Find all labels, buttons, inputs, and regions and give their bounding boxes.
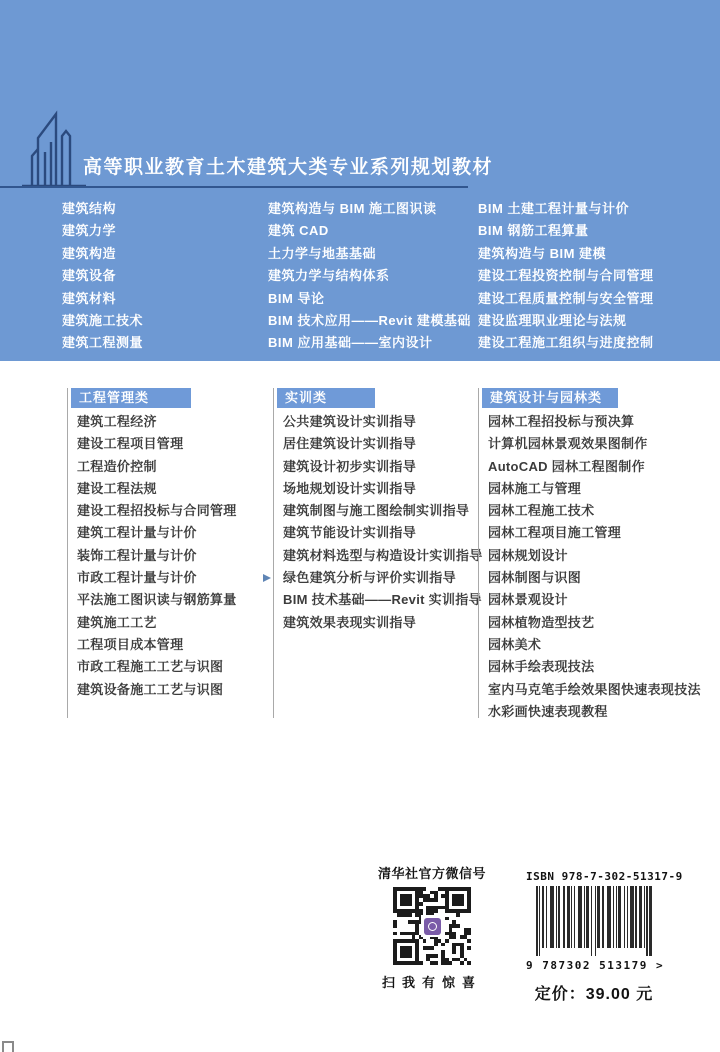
catalog-column-practical-training: 实训类 公共建筑设计实训指导居住建筑设计实训指导建筑设计初步实训指导场地规划设计… bbox=[273, 388, 472, 718]
catalog-book-title: 建设工程招投标与合同管理 bbox=[68, 500, 266, 522]
hero-book-title: 建筑施工技术 bbox=[62, 310, 254, 332]
catalog-book-title: 园林工程招投标与预决算 bbox=[479, 411, 717, 433]
book-back-cover: 高等职业教育土木建筑大类专业系列规划教材 建筑结构建筑力学建筑构造建筑设备建筑材… bbox=[0, 0, 720, 1052]
catalog-book-title: 园林景观设计 bbox=[479, 589, 717, 611]
catalog-book-title: BIM 技术基础——Revit 实训指导 bbox=[274, 589, 472, 611]
wechat-qr-code bbox=[393, 887, 471, 965]
catalog-label-practical-training: 实训类 bbox=[277, 388, 375, 408]
catalog-book-title: 园林手绘表现技法 bbox=[479, 656, 717, 678]
hero-book-title: 建筑构造与 BIM 建模 bbox=[478, 243, 716, 265]
catalog-book-title: 园林规划设计 bbox=[479, 545, 717, 567]
catalog-book-title: 建设工程项目管理 bbox=[68, 433, 266, 455]
catalog-column-engineering-management: 工程管理类 建筑工程经济建设工程项目管理工程造价控制建设工程法规建设工程招投标与… bbox=[67, 388, 266, 718]
hero-book-title: 建筑结构 bbox=[62, 198, 254, 220]
isbn-number: ISBN 978-7-302-51317-9 bbox=[526, 870, 662, 883]
current-book-marker-icon bbox=[263, 574, 271, 582]
catalog-book-title: 园林施工与管理 bbox=[479, 478, 717, 500]
catalog-book-title: 园林制图与识图 bbox=[479, 567, 717, 589]
series-title-underline bbox=[0, 186, 468, 188]
catalog-book-title: 建筑设备施工工艺与识图 bbox=[68, 679, 266, 701]
hero-book-title: 土力学与地基基础 bbox=[268, 243, 474, 265]
catalog-book-title: 园林工程项目施工管理 bbox=[479, 522, 717, 544]
isbn-barcode-block: ISBN 978-7-302-51317-9 9 787302 513179 >… bbox=[526, 870, 662, 1004]
catalog-book-title: 计算机园林景观效果图制作 bbox=[479, 433, 717, 455]
catalog-label-architecture-landscape: 建筑设计与园林类 bbox=[482, 388, 618, 408]
catalog-book-title: 建筑节能设计实训指导 bbox=[274, 522, 472, 544]
catalog-book-title: 装饰工程计量与计价 bbox=[68, 545, 266, 567]
wechat-qr-block: 清华社官方微信号 扫我有惊喜 bbox=[376, 863, 488, 991]
catalog-column-architecture-landscape: 建筑设计与园林类 园林工程招投标与预决算计算机园林景观效果图制作AutoCAD … bbox=[478, 388, 717, 718]
wechat-account-title: 清华社官方微信号 bbox=[376, 863, 488, 882]
hero-book-title: 建设工程投资控制与合同管理 bbox=[478, 265, 716, 287]
catalog-book-title: 室内马克笔手绘效果图快速表现技法 bbox=[479, 679, 717, 701]
catalog-book-title: 工程项目成本管理 bbox=[68, 634, 266, 656]
hero-book-title: 建筑力学 bbox=[62, 220, 254, 242]
hero-book-title: 建筑构造与 BIM 施工图识读 bbox=[268, 198, 474, 220]
hero-book-title: 建设监理职业理论与法规 bbox=[478, 310, 716, 332]
catalog-book-title: 水彩画快速表现教程 bbox=[479, 701, 717, 723]
catalog-book-title: 建筑施工工艺 bbox=[68, 612, 266, 634]
catalog-book-title: 公共建筑设计实训指导 bbox=[274, 411, 472, 433]
hero-book-title: BIM 土建工程计量与计价 bbox=[478, 198, 716, 220]
series-title: 高等职业教育土木建筑大类专业系列规划教材 bbox=[83, 152, 483, 179]
hero-book-title: 建筑构造 bbox=[62, 243, 254, 265]
hero-book-title: 建筑 CAD bbox=[268, 220, 474, 242]
wechat-qr-caption: 扫我有惊喜 bbox=[376, 972, 488, 991]
building-logo-icon bbox=[22, 108, 86, 188]
price-label: 定价：39.00 元 bbox=[526, 981, 662, 1004]
page-corner-mark bbox=[2, 1041, 14, 1052]
catalog-book-title: 居住建筑设计实训指导 bbox=[274, 433, 472, 455]
catalog-book-title: 园林工程施工技术 bbox=[479, 500, 717, 522]
catalog-list: 公共建筑设计实训指导居住建筑设计实训指导建筑设计初步实训指导场地规划设计实训指导… bbox=[274, 411, 472, 634]
hero-book-title: 建筑工程测量 bbox=[62, 332, 254, 354]
hero-book-title: 建筑力学与结构体系 bbox=[268, 265, 474, 287]
catalog-book-title: 园林美术 bbox=[479, 634, 717, 656]
catalog-book-title: 场地规划设计实训指导 bbox=[274, 478, 472, 500]
hero-book-title: 建筑材料 bbox=[62, 288, 254, 310]
catalog-list: 建筑工程经济建设工程项目管理工程造价控制建设工程法规建设工程招投标与合同管理建筑… bbox=[68, 411, 266, 701]
catalog-book-title: 市政工程计量与计价 bbox=[68, 567, 266, 589]
catalog-book-title: 平法施工图识读与钢筋算量 bbox=[68, 589, 266, 611]
catalog-book-title: 市政工程施工工艺与识图 bbox=[68, 656, 266, 678]
catalog-book-title: AutoCAD 园林工程图制作 bbox=[479, 456, 717, 478]
hero-book-title: BIM 导论 bbox=[268, 288, 474, 310]
hero-book-title: BIM 钢筋工程算量 bbox=[478, 220, 716, 242]
catalog-book-title: 园林植物造型技艺 bbox=[479, 612, 717, 634]
hero-book-title: 建设工程施工组织与进度控制 bbox=[478, 332, 716, 354]
catalog-book-title: 建筑工程经济 bbox=[68, 411, 266, 433]
hero-book-title: BIM 技术应用——Revit 建模基础 bbox=[268, 310, 474, 332]
publisher-logo-icon bbox=[421, 915, 443, 937]
hero-book-title: 建筑设备 bbox=[62, 265, 254, 287]
barcode-digits: 9 787302 513179 > bbox=[526, 959, 662, 972]
catalog-label-engineering-management: 工程管理类 bbox=[71, 388, 191, 408]
catalog-book-title: 建筑效果表现实训指导 bbox=[274, 612, 472, 634]
catalog-book-title: 建筑设计初步实训指导 bbox=[274, 456, 472, 478]
hero-book-list-column-3: BIM 土建工程计量与计价BIM 钢筋工程算量建筑构造与 BIM 建模建设工程投… bbox=[478, 198, 716, 355]
hero-book-title: 建设工程质量控制与安全管理 bbox=[478, 288, 716, 310]
hero-book-title: BIM 应用基础——室内设计 bbox=[268, 332, 474, 354]
catalog-list: 园林工程招投标与预决算计算机园林景观效果图制作AutoCAD 园林工程图制作园林… bbox=[479, 411, 717, 723]
catalog-book-title: 建筑材料选型与构造设计实训指导 bbox=[274, 545, 472, 567]
catalog-book-title: 工程造价控制 bbox=[68, 456, 266, 478]
top-blue-band: 高等职业教育土木建筑大类专业系列规划教材 建筑结构建筑力学建筑构造建筑设备建筑材… bbox=[0, 0, 720, 361]
hero-book-list-column-2: 建筑构造与 BIM 施工图识读建筑 CAD土力学与地基基础建筑力学与结构体系BI… bbox=[268, 198, 474, 355]
catalog-book-title: 建筑制图与施工图绘制实训指导 bbox=[274, 500, 472, 522]
hero-book-list-column-1: 建筑结构建筑力学建筑构造建筑设备建筑材料建筑施工技术建筑工程测量 bbox=[62, 198, 254, 355]
barcode-bars bbox=[526, 886, 662, 958]
catalog-book-title: 建筑工程计量与计价 bbox=[68, 522, 266, 544]
catalog-book-title: 绿色建筑分析与评价实训指导 bbox=[274, 567, 472, 589]
catalog-book-title: 建设工程法规 bbox=[68, 478, 266, 500]
